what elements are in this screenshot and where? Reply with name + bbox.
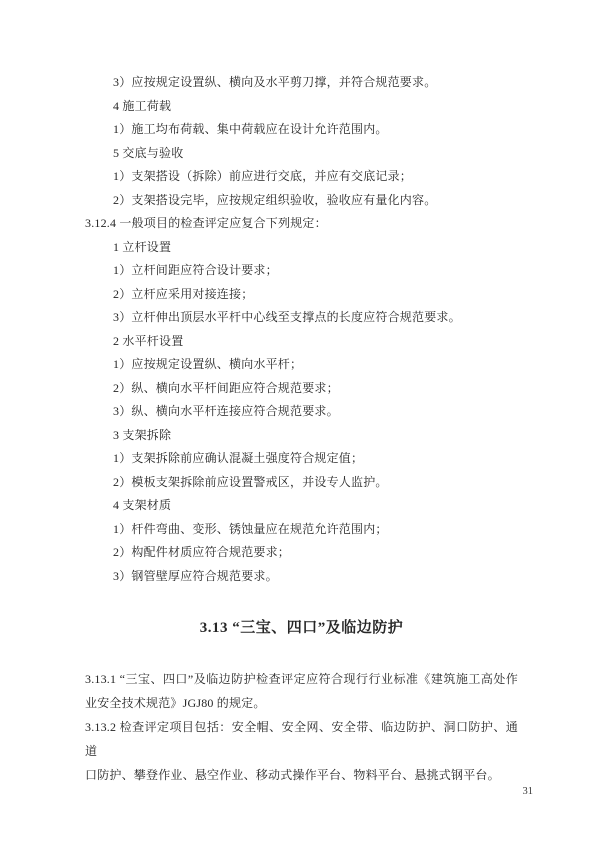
- list-item-line: 3）立杆伸出顶层水平杆中心线至支撑点的长度应符合规范要求。: [85, 306, 518, 330]
- list-item-line: 2）支架搭设完毕，应按规定组织验收，验收应有量化内容。: [85, 189, 518, 213]
- list-item-line: 2）纵、横向水平杆间距应符合规范要求；: [85, 377, 518, 401]
- list-item-line: 3）纵、横向水平杆连接应符合规范要求。: [85, 400, 518, 424]
- list-item-line: 1）杆件弯曲、变形、锈蚀量应在规范允许范围内；: [85, 518, 518, 542]
- list-item-line: 1）应按规定设置纵、横向水平杆；: [85, 353, 518, 377]
- list-item-line: 4 支架材质: [85, 494, 518, 518]
- list-item-line: 3）应按规定设置纵、横向及水平剪刀撑，并符合规范要求。: [85, 71, 518, 95]
- list-item-line: 1）支架搭设（拆除）前应进行交底，并应有交底记录；: [85, 165, 518, 189]
- list-item-line: 5 交底与验收: [85, 142, 518, 166]
- clause-line-3-13-2-cont: 口防护、攀登作业、悬空作业、移动式操作平台、物料平台、悬挑式钢平台。: [85, 763, 518, 787]
- list-item-line: 3 支架拆除: [85, 424, 518, 448]
- list-item-line: 2）构配件材质应符合规范要求；: [85, 541, 518, 565]
- page-number: 31: [0, 786, 533, 797]
- list-item-line: 1）支架拆除前应确认混凝土强度符合规定值；: [85, 447, 518, 471]
- list-item-line: 1）立杆间距应符合设计要求；: [85, 259, 518, 283]
- list-item-line: 1 立杆设置: [85, 236, 518, 260]
- list-item-line: 4 施工荷载: [85, 95, 518, 119]
- clause-line-3-13-1-cont: 业安全技术规范》JGJ80 的规定。: [85, 691, 518, 715]
- document-page: 3）应按规定设置纵、横向及水平剪刀撑，并符合规范要求。 4 施工荷载 1）施工均…: [0, 0, 600, 848]
- list-item-line: 3）钢管壁厚应符合规范要求。: [85, 565, 518, 589]
- section-heading-3-13: 3.13 “三宝、四口”及临边防护: [85, 613, 518, 643]
- list-item-line: 2）模板支架拆除前应设置警戒区，并设专人监护。: [85, 471, 518, 495]
- clause-line-3-12-4: 3.12.4 一般项目的检查评定应复合下列规定：: [85, 212, 518, 236]
- list-item-line: 2）立杆应采用对接连接；: [85, 283, 518, 307]
- list-item-line: 2 水平杆设置: [85, 330, 518, 354]
- clause-line-3-13-1: 3.13.1 “三宝、四口”及临边防护检查评定应符合现行行业标准《建筑施工高处作: [85, 667, 518, 691]
- document-content: 3）应按规定设置纵、横向及水平剪刀撑，并符合规范要求。 4 施工荷载 1）施工均…: [85, 71, 518, 787]
- list-item-line: 1）施工均布荷载、集中荷载应在设计允许范围内。: [85, 118, 518, 142]
- clause-line-3-13-2: 3.13.2 检查评定项目包括：安全帽、安全网、安全带、临边防护、洞口防护、通道: [85, 715, 518, 763]
